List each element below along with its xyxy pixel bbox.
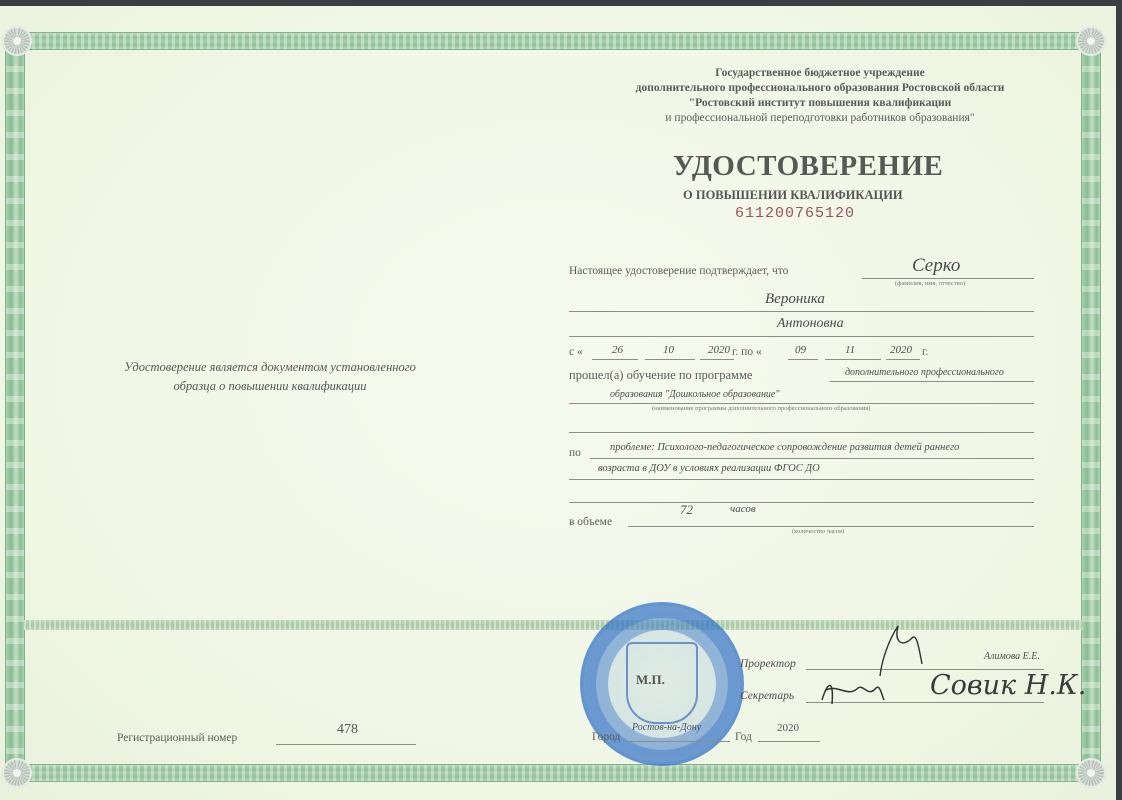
serial-number: 611200765120 [735,205,855,222]
prorector-label: Проректор [740,658,796,670]
left-note: Удостоверение является документом устано… [70,358,470,396]
to-year-value: 2020 [890,344,912,356]
program-line-1 [830,381,1034,382]
to-month-line [825,359,881,360]
secretary-name-handwritten: Совик Н.К. [930,670,1086,701]
registration-number: 478 [337,722,358,738]
topic-line-1 [590,458,1034,459]
first-name-line [569,311,1034,312]
topic-value-line2: возраста в ДОУ в условиях реализации ФГО… [598,463,820,474]
from-month-value: 10 [663,344,674,356]
topic-value-line1: проблеме: Психолого-педагогическое сопро… [610,442,959,453]
left-note-line: образца о повышении квалификации [70,377,470,396]
topic-top-line [569,432,1034,433]
secretary-label: Секретарь [740,690,794,702]
to-month-value: 11 [845,344,855,356]
institution-line: дополнительного профессионального образо… [560,81,1080,96]
from-year-line [700,359,734,360]
corner-rosette-icon [2,26,32,56]
fio-caption: (фамилия, имя, отчество) [895,280,965,287]
program-line-2 [569,403,1034,404]
hours-unit: часов [730,503,756,515]
program-value-line1: дополнительного профессионального [845,367,1004,378]
year-label: Год [735,731,752,743]
volume-line [628,526,1034,527]
border-top [18,32,1090,50]
period-to-label: г. по « [732,346,762,358]
institution-header: Государственное бюджетное учреждение доп… [560,66,1080,126]
institution-line: Государственное бюджетное учреждение [560,66,1080,81]
program-caption: (наименование программы дополнительного … [652,405,870,412]
patronymic-line [569,336,1034,337]
border-left [5,44,25,768]
corner-rosette-icon [1076,758,1106,788]
prorector-signature-icon [868,618,928,678]
document-subtitle: О ПОВЫШЕНИИ КВАЛИФИКАЦИИ [683,188,903,203]
prorector-name: Алимова Е.Е. [984,651,1040,662]
period-year-suffix: г. [922,346,928,358]
confirms-label: Настоящее удостоверение подтверждает, чт… [569,265,788,277]
document-title: УДОСТОВЕРЕНИЕ [673,150,943,183]
registration-line [276,744,416,745]
topic-bottom-line [569,502,1034,503]
hours-caption: (количество часов) [792,528,844,535]
institution-line: "Ростовский институт повышения квалифика… [560,96,1080,111]
volume-label: в объеме [569,516,612,528]
surname-line [862,278,1034,279]
topic-label: по [569,447,581,459]
from-day-line [592,359,638,360]
program-value-line2: образования "Дошкольное образование" [610,389,780,400]
topic-line-2 [569,479,1034,480]
registration-label: Регистрационный номер [117,732,237,744]
corner-rosette-icon [1076,26,1106,56]
city-line [626,741,730,742]
to-day-value: 09 [795,344,806,356]
certificate-paper: Государственное бюджетное учреждение доп… [0,6,1116,800]
patronymic-value: Антоновна [777,316,844,332]
stamp-mp-label: М.П. [636,672,665,688]
institution-line: и профессиональной переподготовки работн… [560,111,1080,126]
hours-value: 72 [680,502,693,518]
border-right [1081,44,1101,768]
to-day-line [788,359,818,360]
stamp-city-handwritten: Ростов-на-Дону [632,722,701,733]
left-note-line: Удостоверение является документом устано… [70,358,470,377]
from-month-line [645,359,695,360]
border-bottom [18,764,1090,782]
from-day-value: 26 [612,344,623,356]
first-name-value: Вероника [765,291,825,308]
from-year-value: 2020 [708,344,730,356]
city-label: Город [592,731,620,743]
corner-rosette-icon [2,758,32,788]
secretary-signature-icon [818,674,888,714]
to-year-line [886,359,920,360]
period-from-prefix: с « [569,346,583,358]
surname-value: Серко [912,255,960,277]
window-right-edge [1116,0,1122,800]
year-value: 2020 [777,722,799,734]
program-label: прошел(а) обучение по программе [569,368,752,383]
year-line [758,741,820,742]
